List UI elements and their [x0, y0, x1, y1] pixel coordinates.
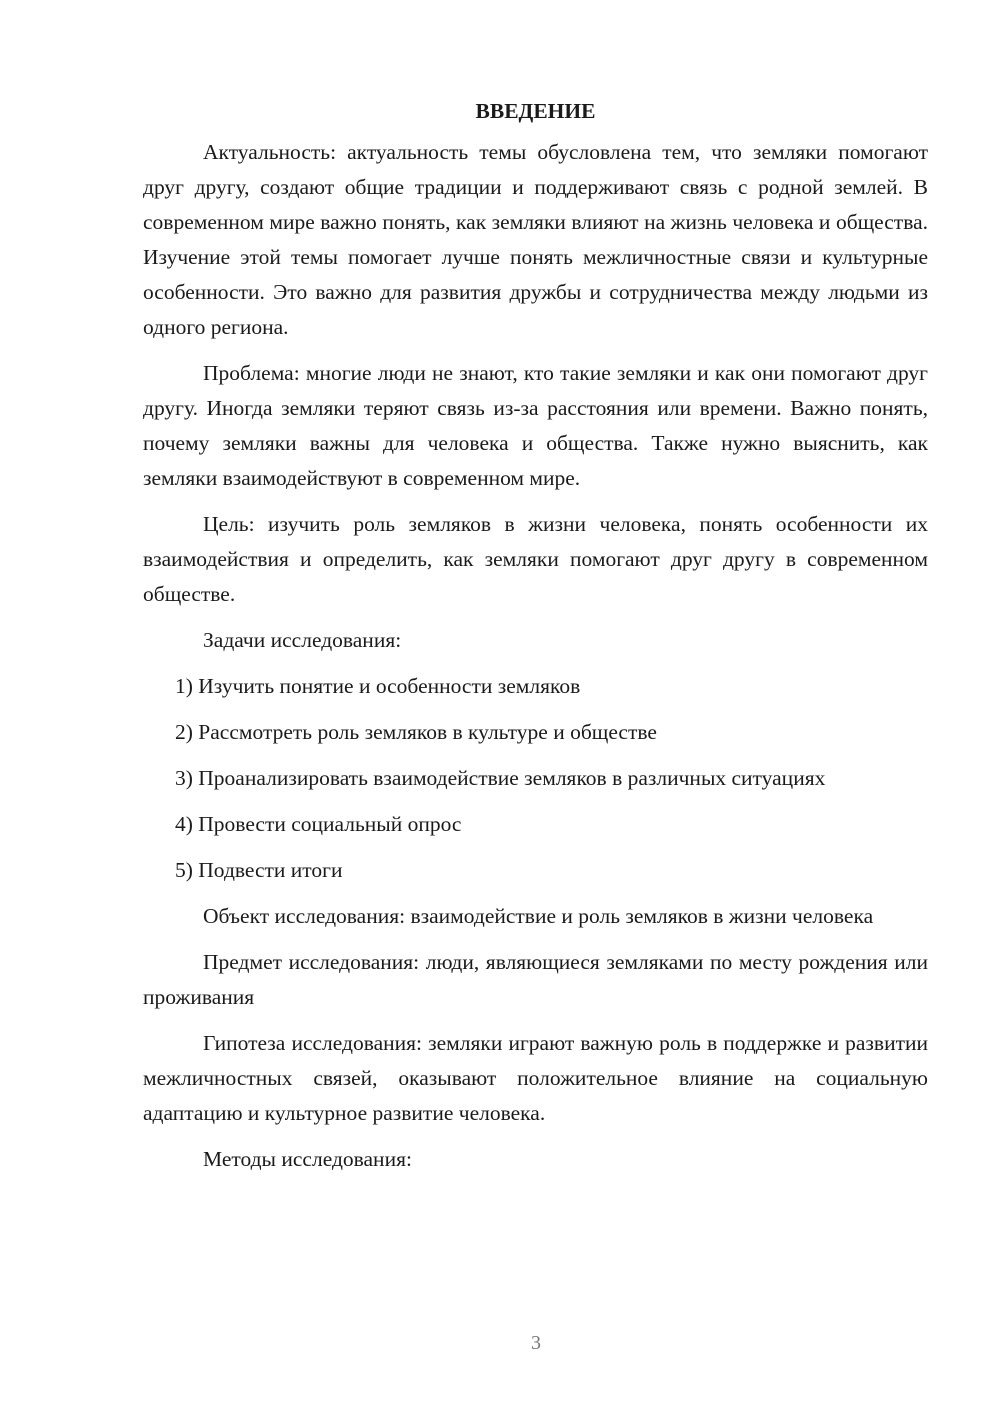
section-heading: ВВЕДЕНИЕ [143, 94, 928, 129]
task-item: 5) Подвести итоги [143, 853, 928, 888]
paragraph-hypothesis: Гипотеза исследования: земляки играют ва… [143, 1026, 928, 1131]
task-item: 3) Проанализировать взаимодействие земля… [143, 761, 928, 796]
tasks-list: 1) Изучить понятие и особенности земляко… [143, 669, 928, 888]
paragraph-methods-intro: Методы исследования: [143, 1142, 928, 1177]
document-page: ВВЕДЕНИЕ Актуальность: актуальность темы… [0, 0, 1000, 1414]
page-content: ВВЕДЕНИЕ Актуальность: актуальность темы… [143, 94, 928, 1188]
paragraph-subject: Предмет исследования: люди, являющиеся з… [143, 945, 928, 1015]
paragraph-goal: Цель: изучить роль земляков в жизни чело… [143, 507, 928, 612]
paragraph-problem: Проблема: многие люди не знают, кто таки… [143, 356, 928, 496]
task-item: 2) Рассмотреть роль земляков в культуре … [143, 715, 928, 750]
paragraph-relevance: Актуальность: актуальность темы обусловл… [143, 135, 928, 345]
paragraph-object: Объект исследования: взаимодействие и ро… [143, 899, 928, 934]
paragraph-tasks-intro: Задачи исследования: [143, 623, 928, 658]
task-item: 1) Изучить понятие и особенности земляко… [143, 669, 928, 704]
page-number: 3 [0, 1332, 1000, 1355]
task-item: 4) Провести социальный опрос [143, 807, 928, 842]
